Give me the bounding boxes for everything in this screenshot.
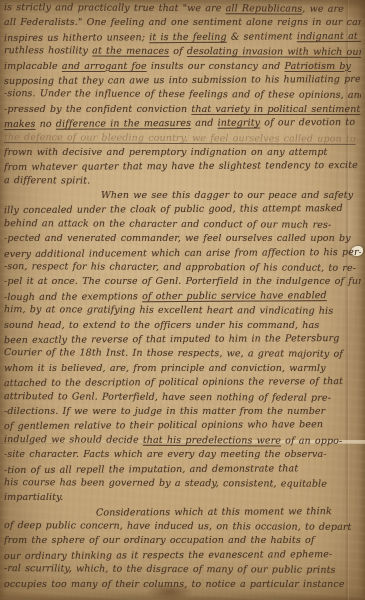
underlined-phrase: the defence of our bleeding country, we … (4, 132, 356, 145)
underlined-phrase: of other public service have enabled (142, 290, 327, 302)
phrase: -site character. Facts which are every d… (4, 449, 327, 460)
manuscript-line: is strictly and practically true that "w… (4, 1, 361, 17)
manuscript-line: -site character. Facts which are every d… (4, 448, 361, 462)
phrase: of an oppo- (281, 435, 342, 446)
manuscript-line: from whatever quarter that may have the … (4, 159, 361, 176)
phrase: all Federalists." One feeling and one se… (4, 17, 361, 28)
phrase: -pel it at once. The course of Genl. Por… (4, 276, 361, 287)
manuscript-line: -son, respect for his character, and app… (4, 260, 361, 276)
phrase: When we see this dagger to our peace and… (101, 190, 353, 201)
phrase: attributed to Genl. Porterfield, have se… (4, 391, 331, 404)
underlined-phrase: and arrogant foe (62, 61, 147, 72)
underlined-phrase: all Republicans (226, 3, 303, 14)
manuscript-line: ruthless hostility at the menaces of des… (4, 44, 361, 60)
phrase: insults our constancy and (147, 61, 285, 72)
manuscript-line: him, by at once gratifying his excellent… (4, 303, 361, 319)
manuscript-line: his course has been governed by a steady… (4, 476, 361, 492)
phrase: -dilections. If we were to judge in this… (4, 406, 325, 417)
phrase: supposing that they can awe us into subm… (4, 74, 361, 87)
underlined-phrase: makes (4, 119, 36, 130)
underlined-phrase: at the menaces (92, 46, 169, 57)
phrase: of (169, 46, 187, 57)
underlined-phrase: desolating invasion with which our (187, 46, 361, 58)
phrase: Considerations which at this moment we t… (96, 506, 332, 518)
phrase: been exactly the reverse of that imputed… (4, 333, 340, 346)
manuscript-line: all Federalists." One feeling and one se… (4, 16, 361, 30)
phrase: -lough and the exemptions (4, 291, 142, 303)
manuscript-line: of deep public concern, have induced us,… (4, 519, 361, 535)
phrase: and (191, 118, 218, 129)
manuscript-line: -pected and venerated commander, we feel… (4, 232, 361, 246)
manuscript-line: implacable and arrogant foe insults our … (4, 60, 361, 74)
manuscript-line: occupies too many of their columns, to n… (4, 578, 361, 592)
underlined-phrase: it is the feeling (149, 32, 227, 43)
underlined-phrase: integrity (218, 118, 261, 129)
manuscript-line: attached to the description of political… (4, 375, 361, 392)
phrase: behind an attack on the character and co… (4, 218, 331, 231)
underlined-phrase: that his predelections were (143, 435, 281, 447)
phrase: him, by at once gratifying his excellent… (4, 304, 333, 317)
phrase: implacable (4, 61, 62, 72)
phrase: of deep public concern, have induced us,… (4, 520, 352, 533)
phrase: our ordinary thinking as it respects the… (4, 549, 332, 562)
phrase: ruthless hostility (4, 45, 92, 56)
phrase: no (35, 119, 55, 130)
phrase: -pressed by the confident conviction (4, 104, 191, 115)
phrase: illy concealed under the cloak of public… (4, 203, 343, 216)
phrase: sound head, to extend to the officers un… (4, 320, 319, 331)
manuscript-line: -sions. Under the influence of these fee… (4, 87, 361, 103)
manuscript-line: -pressed by the confident conviction tha… (4, 103, 361, 117)
manuscript-line: frown with decisive and peremptory indig… (4, 146, 361, 160)
manuscript-page: is strictly and practically true that "w… (0, 0, 365, 600)
underlined-phrase: that variety in political sentiment (191, 104, 360, 115)
manuscript-text: is strictly and practically true that "w… (0, 0, 365, 592)
phrase: -son, respect for his character, and app… (4, 261, 356, 274)
manuscript-line: -pel it at once. The course of Genl. Por… (4, 275, 361, 289)
manuscript-line: indulged we should decide that his prede… (4, 433, 361, 449)
phrase: a different spirit. (4, 175, 90, 186)
underlined-phrase: Patriotism by (285, 61, 352, 72)
manuscript-line: makes no difference in the measures and … (4, 116, 361, 133)
phrase: of our devotion to (260, 117, 355, 129)
manuscript-line: -ral scurrility, which, to the disgrace … (4, 562, 361, 578)
manuscript-line: the defence of our bleeding country, we … (4, 131, 361, 147)
phrase: of gentlemen relative to their political… (4, 419, 323, 432)
underlined-phrase: indignant at the (297, 31, 361, 42)
phrase: , we are (302, 4, 344, 15)
manuscript-line: of gentlemen relative to their political… (4, 418, 361, 435)
phrase: his course has been governed by a steady… (4, 477, 327, 490)
phrase: from whatever quarter that may have the … (4, 160, 358, 173)
manuscript-line: whom it is believed, are, from principle… (4, 362, 361, 376)
phrase: -tion of us all repell the imputation, a… (4, 463, 298, 476)
phrase: whom it is believed, are, from principle… (4, 363, 326, 374)
phrase: impartiality. (4, 492, 63, 503)
manuscript-line: -dilections. If we were to judge in this… (4, 405, 361, 419)
manuscript-line: impartiality. (4, 491, 361, 505)
phrase: -ral scurrility, which, to the disgrace … (4, 563, 336, 576)
phrase: frown with decisive and peremptory indig… (4, 147, 328, 158)
manuscript-line: a different spirit. (4, 174, 361, 190)
phrase: inspires us hitherto unseen; (4, 32, 149, 44)
manuscript-line: behind an attack on the character and co… (4, 217, 361, 233)
underlined-phrase: difference in the measures (56, 118, 191, 130)
phrase: -sions. Under the influence of these fee… (4, 88, 361, 101)
manuscript-line: sound head, to extend to the officers un… (4, 319, 361, 333)
phrase: -pected and venerated commander, we feel… (4, 233, 351, 244)
phrase: attached to the description of political… (4, 376, 343, 389)
phrase: indulged we should decide (4, 434, 143, 446)
phrase: every additional inducement which can ar… (4, 247, 361, 260)
phrase: is strictly and practically true that "w… (4, 2, 226, 14)
phrase: & sentiment (227, 31, 297, 42)
phrase: occupies too many of their columns, to n… (4, 579, 345, 590)
phrase: from the sphere of our ordinary occupati… (4, 535, 314, 546)
manuscript-line: attributed to Genl. Porterfield, have se… (4, 390, 361, 406)
manuscript-line: from the sphere of our ordinary occupati… (4, 534, 361, 548)
manuscript-line: Courier of the 18th Inst. In those respe… (4, 346, 361, 362)
phrase: Courier of the 18th Inst. In those respe… (4, 347, 343, 360)
